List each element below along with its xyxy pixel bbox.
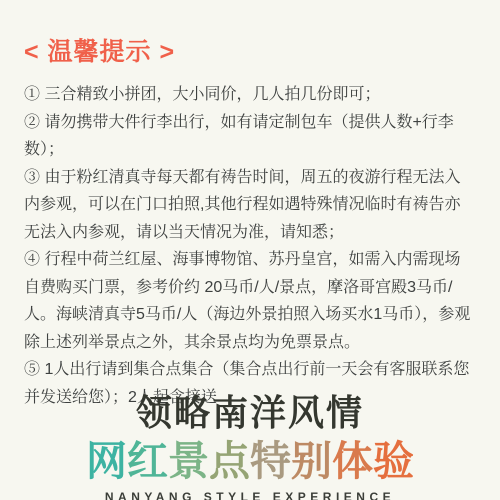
banner-section: 领略南洋风情 网红景点特别体验 NANYANG STYLE EXPERIENCE [0, 391, 500, 500]
tips-header: < 温馨提示 > [24, 32, 476, 68]
subtitle-char: 特 [250, 437, 291, 485]
banner-title: 领略南洋风情 [0, 391, 500, 435]
subtitle-char: 景 [168, 437, 209, 485]
notice-page: < 温馨提示 > ① 三合精致小拼团，大小同价，几人拍几份即可； ② 请勿携带大… [0, 0, 500, 500]
subtitle-char: 红 [127, 437, 168, 485]
subtitle-char: 点 [209, 437, 250, 485]
subtitle-char: 验 [373, 437, 414, 485]
banner-subtitle: 网红景点特别体验 [0, 437, 500, 485]
subtitle-char: 别 [291, 437, 332, 485]
tip-item: ③ 由于粉红清真寺每天都有祷告时间，周五的夜游行程无法入内参观，可以在门口拍照,… [24, 164, 476, 247]
subtitle-char: 网 [86, 437, 127, 485]
tips-section: < 温馨提示 > ① 三合精致小拼团，大小同价，几人拍几份即可； ② 请勿携带大… [0, 0, 500, 411]
subtitle-char: 体 [332, 437, 373, 485]
tip-item: ② 请勿携带大件行李出行，如有请定制包车（提供人数+行李数）； [24, 109, 476, 164]
tip-item: ① 三合精致小拼团，大小同价，几人拍几份即可； [24, 81, 476, 109]
banner-caption: NANYANG STYLE EXPERIENCE [0, 490, 500, 500]
tip-item: ④ 行程中荷兰红屋、海事博物馆、苏丹皇宫，如需入内需现场自费购买门票，参考价约 … [24, 246, 476, 356]
